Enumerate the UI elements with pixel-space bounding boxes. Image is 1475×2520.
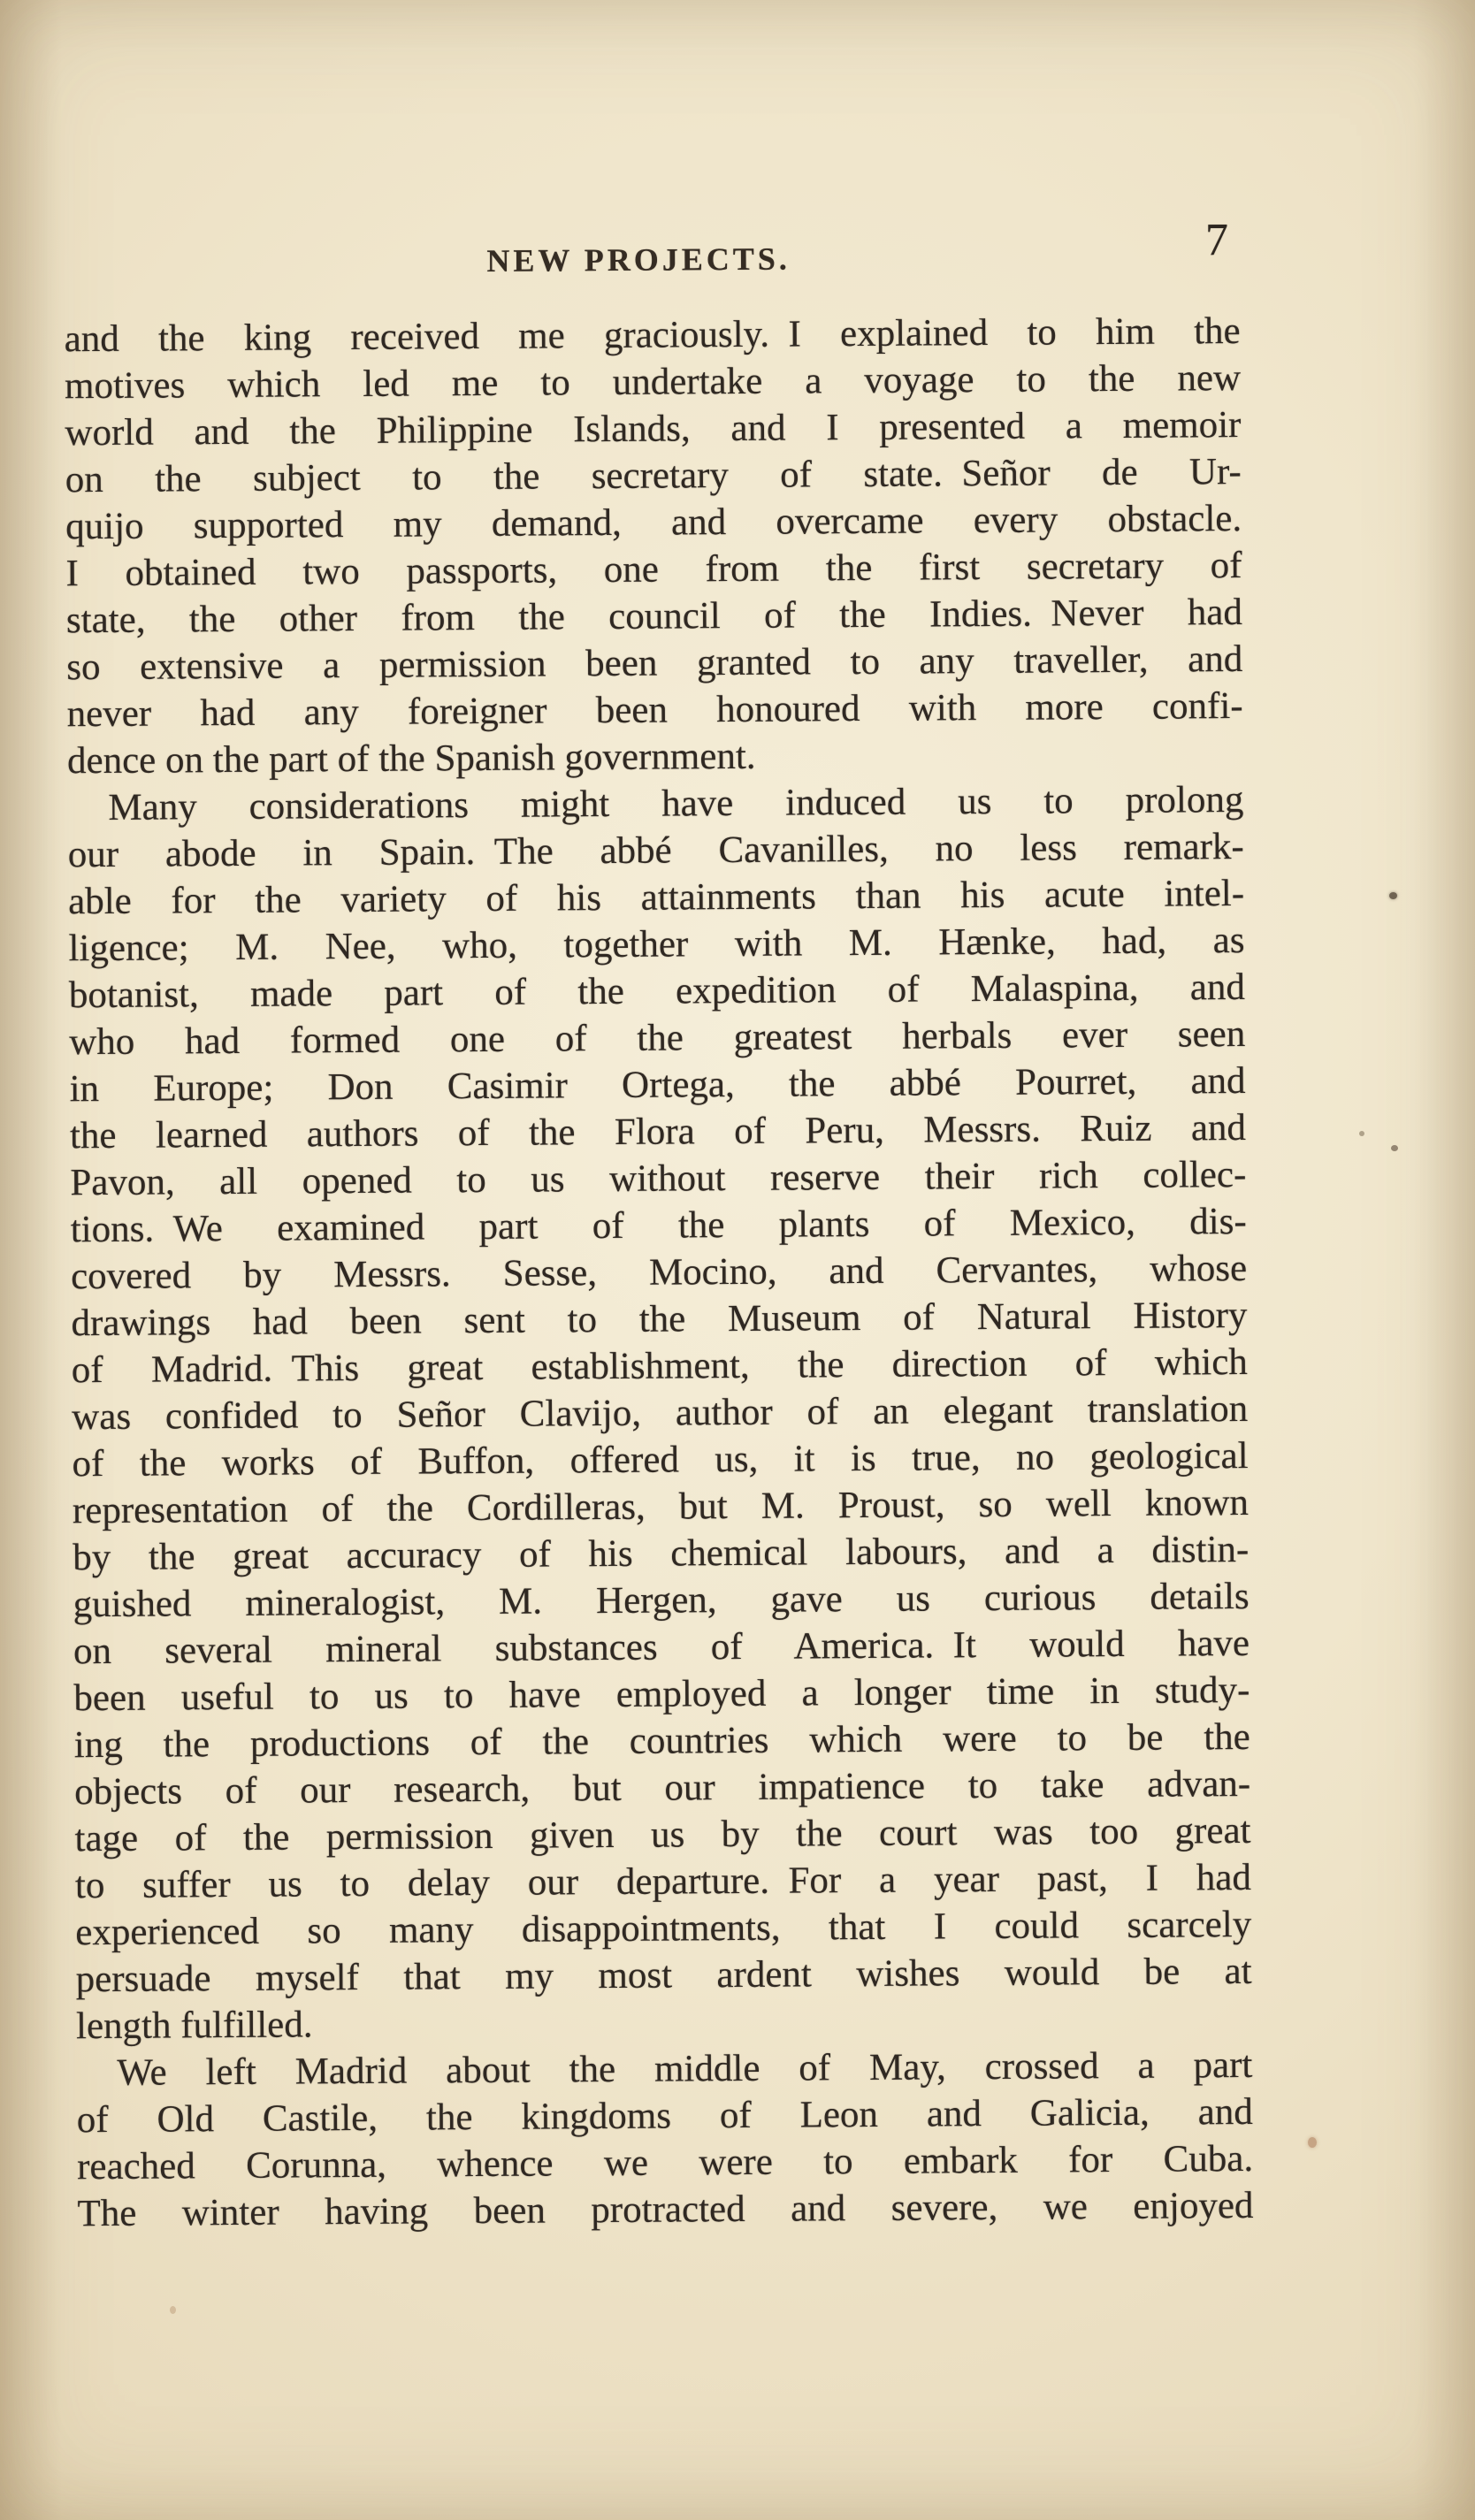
- text-line: motives which led me to undertake a voya…: [65, 355, 1241, 409]
- text-line: ing the productions of the countries whi…: [74, 1714, 1250, 1768]
- text-line: guished mineralogist, M. Hergen, gave us…: [73, 1573, 1250, 1628]
- text-line: drawings had been sent to the Museum of …: [71, 1292, 1247, 1347]
- text-line: state, the other from the council of the…: [66, 589, 1242, 644]
- paper-speck: [1389, 892, 1397, 899]
- text-line: on the subject to the secretary of state…: [65, 448, 1242, 503]
- text-line: tions. We examined part of the plants of…: [71, 1198, 1247, 1253]
- text-line: on several mineral substances of America…: [73, 1620, 1250, 1675]
- scanned-page: NEW PROJECTS. 7 and the king received me…: [0, 0, 1475, 2520]
- body-text: and the king received me graciously. I e…: [65, 308, 1254, 2237]
- text-line: and the king received me graciously. I e…: [65, 308, 1241, 363]
- text-line: by the great accuracy of his chemical la…: [73, 1526, 1249, 1581]
- text-line: of Madrid. This great establishment, the…: [72, 1339, 1248, 1394]
- text-line: I obtained two passports, one from the f…: [65, 542, 1242, 597]
- text-line: who had formed one of the greatest herba…: [69, 1011, 1245, 1065]
- running-header-title: NEW PROJECTS.: [64, 237, 1213, 282]
- text-line: in Europe; Don Casimir Ortega, the abbé …: [69, 1058, 1245, 1112]
- paper-speck: [1308, 2137, 1317, 2148]
- text-line: to suffer us to delay our departure. For…: [75, 1854, 1251, 1909]
- text-line: Many considerations might have induced u…: [67, 776, 1243, 831]
- text-line: quijo supported my demand, and overcame …: [65, 495, 1242, 550]
- text-line: representation of the Cordilleras, but M…: [73, 1479, 1249, 1534]
- text-line: been useful to us to have employed a lon…: [73, 1667, 1250, 1722]
- paper-speck: [170, 2306, 176, 2314]
- text-line: length fulfilled.: [76, 1995, 1252, 2050]
- text-line: of the works of Buffon, offered us, it i…: [72, 1432, 1248, 1487]
- text-line: of Old Castile, the kingdoms of Leon and…: [77, 2089, 1253, 2143]
- page-number: 7: [1190, 214, 1243, 266]
- text-line: the learned authors of the Flora of Peru…: [70, 1104, 1246, 1159]
- text-line: able for the variety of his attainments …: [68, 870, 1244, 925]
- text-line: covered by Messrs. Sesse, Mocino, and Ce…: [71, 1245, 1247, 1300]
- text-line: We left Madrid about the middle of May, …: [76, 2042, 1252, 2096]
- text-line: experienced so many disappointments, tha…: [75, 1901, 1251, 1956]
- text-line: objects of our research, but our impatie…: [74, 1760, 1250, 1815]
- text-line: our abode in Spain. The abbé Cavanilles,…: [68, 823, 1244, 878]
- text-line: never had any foreigner been honoured wi…: [66, 683, 1242, 737]
- text-line: so extensive a permission been granted t…: [66, 636, 1242, 691]
- text-line: tage of the permission given us by the c…: [74, 1807, 1250, 1862]
- paper-speck: [1391, 1145, 1398, 1151]
- text-line: was confided to Señor Clavijo, author of…: [72, 1386, 1248, 1440]
- text-line: ligence; M. Nee, who, together with M. H…: [68, 917, 1244, 972]
- text-line: The winter having been protracted and se…: [77, 2182, 1253, 2237]
- text-line: Pavon, all opened to us without reserve …: [70, 1151, 1246, 1206]
- letterpress-block: NEW PROJECTS. 7 and the king received me…: [0, 0, 1475, 2520]
- text-line: persuade myself that my most ardent wish…: [75, 1948, 1251, 2003]
- text-line: world and the Philippine Islands, and I …: [65, 401, 1241, 456]
- text-line: botanist, made part of the expedition of…: [69, 964, 1245, 1019]
- paper-speck: [1359, 1131, 1364, 1136]
- text-line: reached Corunna, whence we were to embar…: [77, 2135, 1253, 2190]
- text-line: dence on the part of the Spanish governm…: [67, 729, 1243, 784]
